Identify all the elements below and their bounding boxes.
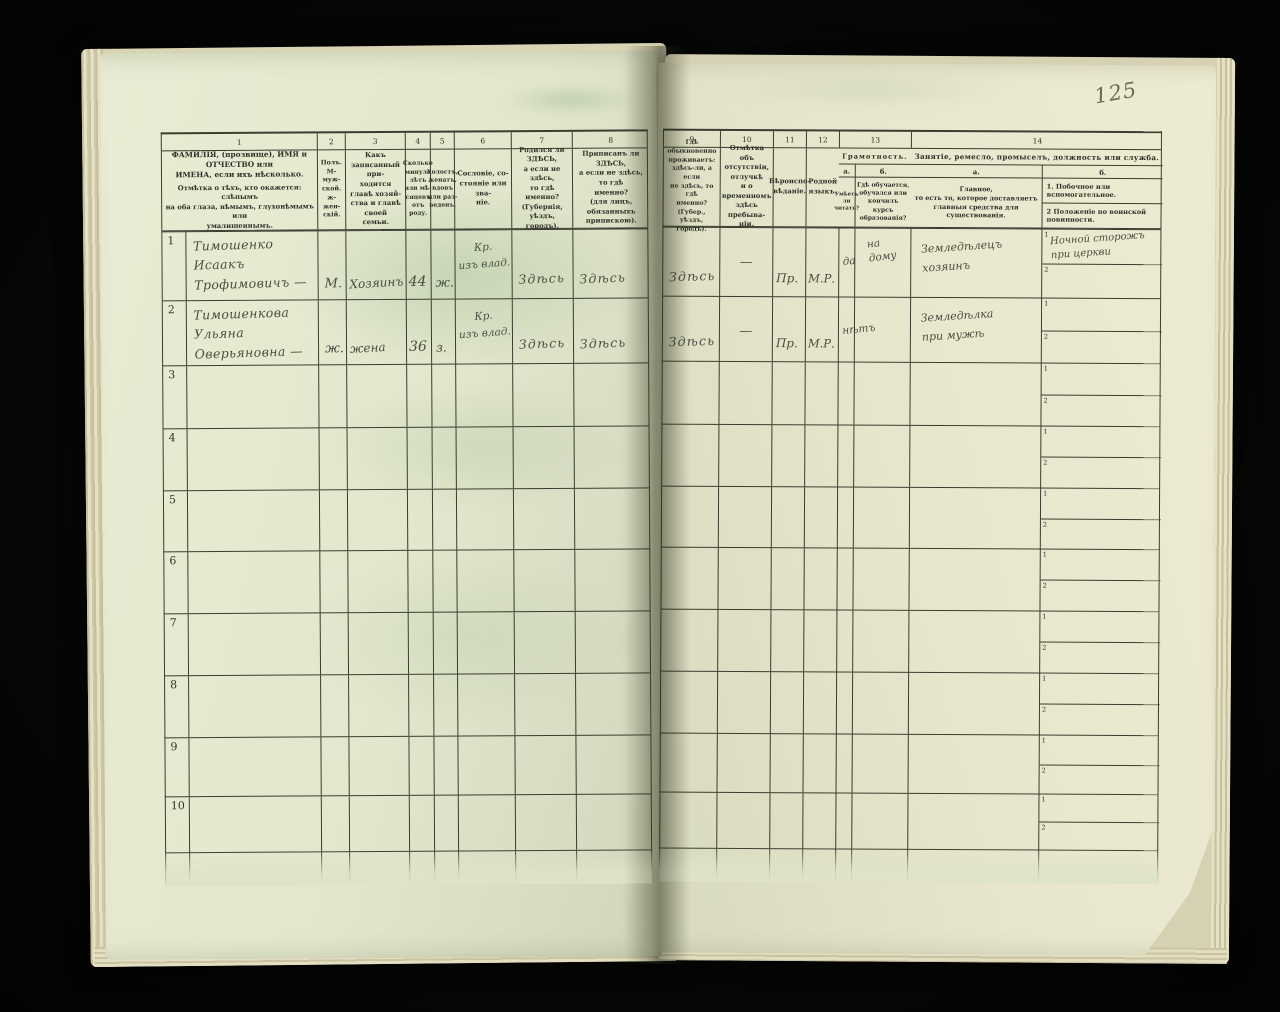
cell-name [188,737,320,796]
handwritten-language [804,722,806,733]
cell-absence [718,425,771,486]
cell-education [854,298,910,362]
cell-resides [662,362,718,424]
cell-sex: ж. [318,300,346,364]
handwritten-registered [575,599,581,611]
handwritten-born [514,599,520,611]
handwritten-absence: — [720,297,772,339]
handwritten-relation: Хозяинъ [346,274,404,300]
cell-age [407,428,432,489]
handwritten-estate [458,672,515,685]
cell-estate [457,674,514,735]
cell-marital [433,613,457,674]
cell-literate [836,548,852,609]
cell-born: Здѣсь [512,299,573,363]
handwritten-marital [435,842,439,851]
table-body-right: Здѣсь—Пр.М.Р.дана домуЗемледѣлецъ хозяин… [659,227,1161,852]
header-literacy-b-label: б. [855,165,911,177]
handwritten-age [409,603,411,612]
occupation-side-subcell: 2 [1041,519,1161,549]
header-occupation-side-1: 1. Побочное или вспомогательное. [1043,179,1163,205]
cell-language: М.Р. [805,228,838,296]
handwritten-marital [433,541,437,550]
handwritten-estate [458,734,515,747]
column-number: 2 [317,133,345,149]
bleedthrough-smudge [500,84,640,115]
handwritten-sex [321,604,327,612]
handwritten-marital: ж. [432,275,454,299]
handwritten-age [407,418,409,427]
cell-occ_main [907,794,1038,850]
cell-language [802,793,835,848]
handwritten-religion [772,413,775,424]
table-row: 12 [660,672,1159,737]
cell-estate [455,364,512,426]
cell-resides [660,793,716,848]
cell-occ-side: 12 [1040,364,1161,427]
row-number: 8 [165,676,188,691]
header-occupation-b-label: б. [1042,166,1163,179]
cell-estate [456,550,513,611]
handwritten-sex [319,419,325,427]
cell-occ-side: 1Ночной сторожъ при церкви2 [1041,230,1162,299]
table-body-left: 1Тимошенко Исаакъ Трофимовичъ —М.Хозяинъ… [161,228,652,853]
occupation-side-subcell: 1 [1040,736,1160,766]
handwritten-age [409,665,411,674]
table-row: 7 [164,611,651,676]
cell-name [189,796,321,852]
cell-education [853,488,909,548]
cell-age [408,613,433,674]
occupation-side-subcell: 1 [1042,364,1162,396]
header-sex: Полъ. М-муж- ской. ж-жен- скій. [317,150,345,229]
cell-relation [348,613,408,674]
column-number: 3 [345,133,405,149]
cell-occ_main [908,549,1039,611]
table-row: 5 [163,488,650,552]
handwritten-estate [457,487,514,500]
cell-religion [771,425,804,486]
cell-absence [718,487,771,547]
occupation-side-subcell: 2 [1040,581,1160,612]
cell-resides [662,487,718,547]
handwritten-born [515,661,521,673]
cell-age [407,551,432,612]
handwritten-literate [836,548,854,576]
handwritten-age: 36 [407,339,427,364]
cell-num: 1 [162,232,185,300]
cell-registered: Здѣсь [573,298,650,362]
cell-age [409,796,434,851]
handwritten-absence [718,734,770,761]
occupation-side-subcell: 1 [1039,795,1159,824]
handwritten-language: М.Р. [806,271,835,296]
row-number: 10 [166,797,189,812]
cell-occ-side: 12 [1040,489,1161,550]
handwritten-absence [718,672,770,699]
handwritten-relation [350,842,354,851]
handwritten-born [515,782,521,794]
cell-religion [771,487,804,547]
handwritten-registered [576,782,582,794]
cell-sex [319,490,347,550]
handwritten-resides [662,412,668,424]
handwritten-occ_main: Земледѣлка при мужѣ [910,294,1043,348]
table-row: 2Тимошенкова Ульяна Оверьяновна —ж.жена3… [162,298,649,366]
handwritten-resides [662,534,668,546]
cell-education: на дому [854,229,910,297]
header-residence: Гдѣ обыкновенно проживаетъ: здѣсь-ли, а … [663,148,719,226]
cell-name [188,613,320,675]
handwritten-name: Тимошенкова Ульяна Оверьяновна — [186,299,319,364]
table-row: 8 [164,673,651,738]
row-number: 9 [165,738,188,753]
header-education: Гдѣ обучается, обучался или кончилъ курс… [854,178,910,227]
handwritten-literate [835,793,853,821]
handwritten-resides [661,596,667,608]
cell-born [515,795,576,850]
census-table-right-half: 9 10 11 12 13 14 Гдѣ обыкновенно прожива… [659,129,1162,884]
handwritten-estate [457,610,514,623]
handwritten-age [408,480,410,489]
cell-religion [770,734,803,792]
handwritten-religion [772,536,775,547]
cell-estate: Кр. изъ влад. [455,299,512,363]
handwritten-education: на дому [853,225,912,267]
handwritten-registered [575,537,581,549]
cell-relation [347,490,407,550]
cell-marital [432,551,456,612]
handwritten-religion: Пр. [773,336,798,361]
cell-born [513,489,574,549]
handwritten-language [804,660,806,671]
table-row: 3 [162,363,649,429]
handwritten-registered [576,661,582,673]
cell-num: 9 [165,738,188,796]
cell-language: М.Р. [805,297,838,361]
occupation-side-subcell: 2 [1039,823,1159,851]
table-row: 12 [659,793,1158,852]
cell-marital [434,796,458,851]
cell-name: Тимошенко Исаакъ Трофимовичъ — [185,231,317,300]
cell-occ-side: 12 [1041,299,1162,364]
header-occupation-main: Главное, то есть то, которое доставляетъ… [910,178,1041,228]
handwritten-absence: — [720,228,772,270]
column-number: 11 [773,131,806,147]
cell-estate [457,612,514,673]
handwritten-relation [348,603,352,612]
header-literacy-title: Грамотность. [839,148,911,164]
handwritten-religion [771,781,774,792]
handwritten-registered: Здѣсь [573,270,627,299]
header-birthplace: Родился ли ЗДѢСЬ, а если не здѣсь, то гд… [511,149,572,228]
handwritten-religion: Пр. [773,271,798,296]
handwritten-age: 44 [407,274,427,299]
cell-born [514,612,575,673]
cell-absence [717,734,770,792]
column-number: 12 [806,131,839,147]
handwritten-literate [837,425,855,453]
cell-age [406,365,431,427]
handwritten-born [515,723,521,735]
column-number: 5 [430,133,454,149]
column-number: 6 [454,132,511,148]
handwritten-literate [835,734,853,762]
cell-num: 10 [166,797,189,852]
cell-sex: М. [317,231,345,299]
cell-marital [432,490,456,550]
header-occupation-a-label: а. [911,165,1042,178]
row-number: 5 [164,491,187,506]
table-row: 12 [661,362,1160,428]
cell-education [852,549,908,610]
cell-literate: нѣтъ [838,297,854,361]
header-can-read: Умѣетъ ли читать? [838,177,854,226]
column-number: 14 [911,132,1163,149]
row-number: 2 [163,301,186,316]
cell-literate [836,734,852,792]
occupation-side-subcell: 2 [1040,705,1160,736]
handwritten-literate [837,487,855,515]
bleedthrough-smudge [718,69,1018,111]
cell-resides [661,610,717,671]
cell-age [408,675,433,736]
handwritten-name: Тимошенко Исаакъ Трофимовичъ — [186,230,319,295]
cell-estate [456,489,513,549]
cell-born [513,550,574,611]
occupation-side-subcell: 2 [1041,458,1161,489]
cell-num: 7 [165,614,188,675]
handwritten-relation [349,786,353,795]
cell-occ-side: 12 [1040,427,1161,489]
handwritten-registered [575,476,581,488]
handwritten-language [805,475,807,486]
cell-estate: Кр. изъ влад. [454,230,511,298]
handwritten-sex: М. [319,276,343,299]
table-row: 1Тимошенко Исаакъ Трофимовичъ —М.Хозяинъ… [161,228,648,301]
cell-education [852,673,908,734]
header-estate: Сословіе, со- стояніе или зва- ніе. [454,149,511,228]
handwritten-language [803,837,805,848]
cell-registered [575,673,652,734]
header-name-top: ФАМИЛІЯ, (прозвище), ИМЯ и ОТЧЕСТВО или … [164,149,315,181]
header-row: ФАМИЛІЯ, (прозвище), ИМЯ и ОТЧЕСТВО или … [161,147,648,231]
cell-num: 6 [164,552,187,613]
handwritten-sex [322,843,328,851]
handwritten-age [408,541,410,550]
cell-language [803,672,836,733]
cell-literate [837,425,853,486]
cell-occ-side: 12 [1039,736,1160,795]
cell-language [804,487,837,547]
occupation-side-subcell: 2 [1040,643,1160,674]
cell-absence: — [719,228,772,296]
handwritten-born [513,414,519,426]
cell-registered [575,611,652,672]
occupation-side-subcell: 1 [1041,427,1161,459]
row-number: 6 [164,552,187,567]
cell-age [407,490,432,550]
cell-estate [457,736,514,794]
cell-literate: да [838,228,854,296]
handwritten-absence [720,362,772,389]
cell-resides [661,672,717,733]
cell-name [187,428,319,490]
table-row: 9 [164,735,651,797]
cell-name [187,490,319,551]
cell-literate [836,610,852,671]
handwritten-resides [661,658,667,670]
cell-sex [318,365,346,427]
cell-relation: жена [346,300,406,364]
left-page: 1 2 3 4 5 6 7 8 ФАМИЛІЯ, (прозвище), ИМЯ… [100,50,662,959]
cell-name [187,551,319,613]
occupation-side-subcell: 2 [1042,331,1162,363]
handwritten-age [410,786,412,795]
cell-num: 3 [163,366,186,428]
handwritten-literate [836,610,854,638]
cell-name: Тимошенкова Ульяна Оверьяновна — [186,300,318,365]
handwritten-sex [320,542,326,550]
handwritten-absence [719,425,771,452]
handwritten-born [514,537,520,549]
header-religion: Вѣроиспо- вѣданіе. [772,148,805,226]
handwritten-estate: Кр. изъ влад. [454,297,513,344]
cell-religion: Пр. [772,297,805,361]
handwritten-marital: з. [432,340,447,364]
table-row: 12 [660,734,1159,796]
cell-religion: Пр. [772,228,805,296]
header-name: ФАМИЛІЯ, (прозвище), ИМЯ и ОТЧЕСТВО или … [162,150,317,230]
handwritten-sex: ж. [319,341,344,364]
trailing-rules [659,849,1158,884]
table-row: 10 [165,794,652,853]
handwritten-language: М.Р. [806,336,835,361]
handwritten-resides [660,779,666,791]
handwritten-religion [771,598,774,609]
cell-registered [573,363,650,425]
cell-absence [717,672,770,733]
cell-num: 2 [163,301,186,365]
header-language: Родной языкъ. [805,148,838,226]
cell-registered [574,549,651,610]
handwritten-sex [321,666,327,674]
cell-relation [347,428,407,489]
cell-religion [771,362,804,424]
handwritten-literate [837,362,855,390]
header-literacy-a-label: а. [839,164,855,176]
handwritten-resides [662,474,668,486]
cell-education [853,363,909,425]
cell-occ-side: 12 [1039,674,1160,736]
cell-marital: з. [431,300,455,364]
table-row: 12 [661,425,1160,490]
handwritten-sex [322,787,328,795]
cell-resides: Здѣсь [663,297,719,361]
header-occupation-group: Занятіе, ремесло, промыселъ, должность и… [910,149,1162,228]
occupation-side-subcell: 1 [1041,489,1161,520]
column-number: 1 [162,133,317,150]
handwritten-relation [347,418,351,427]
cell-occ_main [909,363,1040,426]
handwritten-marital [434,603,438,612]
cell-occ_main: Земледѣлка при мужѣ [910,298,1041,363]
cell-born [514,736,575,794]
handwritten-relation: жена [346,340,386,365]
cell-name [188,675,320,737]
cell-occ-side: 12 [1039,550,1160,612]
header-registration: Приписанъ ли ЗДѢСЬ, а если не здѣсь, то … [572,148,649,227]
handwritten-religion [770,837,773,848]
cell-resides [661,548,717,609]
cell-education [852,735,908,793]
cell-religion [769,793,802,848]
right-page: 125 9 10 11 12 13 14 Гдѣ обыкновенно про… [654,63,1217,956]
handwritten-estate [459,793,516,806]
handwritten-marital [435,786,439,795]
cell-marital [432,428,456,489]
header-relation: Какъ записанный при- ходится главѣ хозяй… [345,150,405,229]
census-book-photo: 1 2 3 4 5 6 7 8 ФАМИЛІЯ, (прозвище), ИМЯ… [0,0,1280,1012]
cell-relation [346,365,406,427]
handwritten-occ_main: Земледѣлецъ хозяинъ [910,225,1043,279]
cell-relation [349,796,409,851]
cell-registered [576,794,653,849]
cell-age [408,737,433,795]
cell-absence [718,362,771,424]
cell-marital [433,737,457,795]
cell-num: 8 [165,676,188,737]
cell-absence [717,610,770,671]
cell-occ-side: 12 [1038,795,1159,851]
cell-num: 4 [164,429,187,490]
handwritten-relation [348,541,352,550]
cell-num: 5 [164,491,187,551]
handwritten-estate: Кр. изъ влад. [454,228,513,275]
handwritten-resides [660,835,666,847]
handwritten-language [804,598,806,609]
cell-sex [319,551,347,612]
cell-marital [431,365,455,427]
cell-born [512,364,573,426]
occupation-side-subcell: 1 [1040,612,1160,644]
header-occupation-side-2: 2 Положеніе по воинской повинности. [1042,204,1162,229]
cell-registered [575,735,652,793]
cell-registered [574,426,651,487]
cell-relation [347,551,407,612]
handwritten-sex [320,481,326,489]
header-absence-note: Отмѣтка объ отсутствіи, отлучкѣ и о врем… [719,148,772,226]
cell-language [803,548,836,609]
cell-sex [320,737,348,795]
occupation-side-subcell: 1 [1041,550,1161,582]
column-number: 4 [405,133,430,149]
cell-absence [716,793,769,848]
cell-language [803,734,836,792]
cell-sex [321,796,349,851]
handwritten-marital [433,480,437,489]
handwritten-resides: Здѣсь [662,333,715,362]
cell-education [852,611,908,672]
cell-education [853,426,909,487]
handwritten-estate [457,548,514,561]
cell-religion [770,610,803,671]
row-number: 4 [164,429,187,444]
cell-born: Здѣсь [511,230,572,298]
cell-estate [456,427,513,488]
handwritten-marital [434,727,438,736]
cell-relation: Хозяинъ [345,231,405,299]
